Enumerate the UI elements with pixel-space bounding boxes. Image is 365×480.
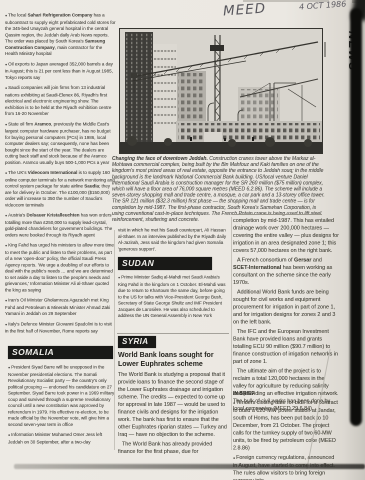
page-bottom-shadow (14, 464, 365, 469)
article-paragraph: The World Bank has already provided fina… (118, 441, 231, 456)
dark-tower-building (125, 32, 153, 152)
news-bullet: Tenders closing date for bids for a cont… (233, 399, 339, 452)
magazine-page: MEED 4 OCT 1986 The local Sahari Refrige… (0, 0, 365, 480)
construction-photo (119, 28, 323, 154)
sudan-section-body: Prime Minister Sadiq al-Mahdi met Saudi … (118, 274, 229, 323)
somalia-section-body: President Siyad Barre will be unopposed … (8, 364, 115, 449)
white-tower-building (153, 44, 177, 152)
news-bullet: Iran's Oil Minister Gholamreza Agazadeh … (5, 297, 116, 317)
section-header-syria: SYRIA (118, 336, 156, 348)
article-paragraph: completion by mid-1987. This has entaile… (233, 217, 339, 255)
caption-bottom-rule (232, 214, 322, 215)
article-headline: World Bank loans sought for Lower Euphra… (118, 352, 230, 369)
caption-body: Construction cranes tower above the Mark… (112, 156, 325, 223)
news-bullet: Prime Minister Sadiq al-Mahdi met Saudi … (118, 274, 229, 319)
news-bullet: The UK's Videocom International is to su… (5, 170, 116, 209)
somalia-continuation: visit in which he met his Saudi counterp… (118, 227, 229, 252)
syria-article-body: The World Bank is studying a proposal th… (118, 371, 231, 458)
in-brief-header: IN BRIEF (233, 390, 339, 398)
news-bullet: President Siyad Barre will be unopposed … (8, 364, 115, 428)
news-bullet: King Fahd has urged his ministers to all… (5, 242, 116, 293)
construction-site-photo-illustration (120, 29, 322, 153)
news-bullet: Oil exports to Japan averaged 352,000 ba… (5, 61, 116, 81)
article-paragraph: The IFC and the European Investment Bank… (233, 328, 339, 366)
scan-edge-bar (350, 8, 362, 426)
article-paragraph: Additional World Bank funds are being so… (233, 289, 339, 327)
handwritten-magazine-title: MEED (222, 1, 266, 20)
article-paragraph: A French consortium of Gersar and SCET-I… (233, 257, 339, 287)
saudi-news-column: The local Sahari Refrigeration Company h… (5, 12, 116, 338)
section-header-sudan: SUDAN (118, 257, 212, 270)
news-bullet: The local Sahari Refrigeration Company h… (5, 12, 116, 57)
handwritten-date: 4 OCT 1986 (299, 0, 347, 12)
news-bullet: Italy's Defence Minister Giovanni Spadol… (5, 321, 116, 335)
section-header-somalia: SOMALIA (8, 346, 113, 359)
column-rule (114, 230, 115, 450)
column-rule (231, 217, 232, 450)
news-bullet: Saudi companies will join firms from 13 … (5, 85, 116, 117)
news-bullet: State oil firm Aramco, previously the Mi… (5, 121, 116, 166)
news-bullet: Information Minister Mohamed Omer Jess l… (8, 432, 115, 446)
photo-credit-mark (324, 42, 326, 57)
news-bullet: Austria's Dolsauer Kristalleuchten has w… (5, 212, 116, 238)
section-divider-rule (117, 333, 229, 334)
article-paragraph: The World Bank is studying a proposal th… (118, 371, 231, 439)
caption-lead: Changing the face of downtown Jeddah. (112, 156, 208, 162)
